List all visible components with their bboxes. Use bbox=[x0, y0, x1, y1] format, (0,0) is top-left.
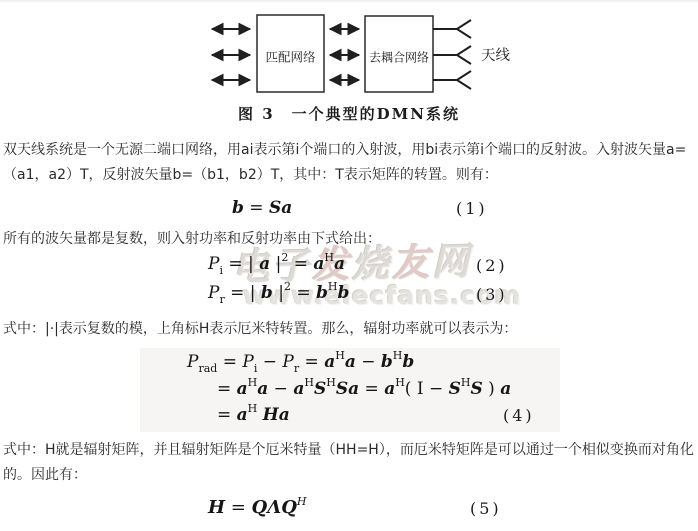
paragraph-diagonalization: 式中：H就是辐射矩阵，并且辐射矩阵是个厄米特量（HH=H），而厄米特矩阵是可以通… bbox=[3, 438, 696, 488]
equation-4-line1: Prad = Pi − Pr = aHa − bHb bbox=[187, 352, 414, 372]
equation-1: b = Sa bbox=[232, 198, 292, 218]
antenna-icon bbox=[457, 20, 471, 38]
antenna-label: 天线 bbox=[481, 47, 510, 64]
antenna-icon bbox=[457, 46, 471, 64]
left-port-arrows bbox=[212, 29, 250, 80]
equation-5: H = QΛQH bbox=[208, 497, 306, 518]
equation-2-number: (2) bbox=[476, 256, 508, 275]
equation-5-number: (5) bbox=[470, 499, 502, 518]
equation-4-number: (4) bbox=[503, 406, 535, 425]
matching-network-label: 匹配网络 bbox=[265, 50, 316, 65]
paragraph-hermitian: 式中：|·|表示复数的模，上角标H表示厄米特转置。那么，辐射功率就可以表示为： bbox=[3, 317, 696, 342]
paragraph-intro: 双天线系统是一个无源二端口网络，用ai表示第i个端口的入射波，用bi表示第i个端… bbox=[3, 138, 696, 188]
paragraph-power: 所有的波矢量都是复数，则入射功率和反射功率由下式给出： bbox=[3, 227, 696, 252]
document-page: 匹配网络 去耦合网络 天线 图 3 一个典型的DMN系统 双天线系统是一个无源二… bbox=[0, 0, 698, 531]
equation-1-number: (1) bbox=[456, 199, 488, 218]
equation-3: Pr = | b |2 = bHb bbox=[208, 283, 349, 303]
decoupling-network-label: 去耦合网络 bbox=[369, 50, 429, 65]
antenna-feed-lines bbox=[433, 20, 471, 89]
equation-4-line3: = aH Ha bbox=[217, 405, 290, 425]
equation-4-line2: = aHa − aHSHSa = aH( I − SHS ) a bbox=[217, 379, 511, 399]
antenna-icon bbox=[457, 71, 471, 89]
dmn-diagram: 匹配网络 去耦合网络 天线 bbox=[0, 4, 698, 104]
middle-port-arrows bbox=[330, 29, 359, 80]
equation-3-number: (3) bbox=[476, 285, 508, 304]
figure-caption: 图 3 一个典型的DMN系统 bbox=[0, 103, 698, 124]
equation-2: Pi = | a |2 = aHa bbox=[208, 254, 345, 274]
